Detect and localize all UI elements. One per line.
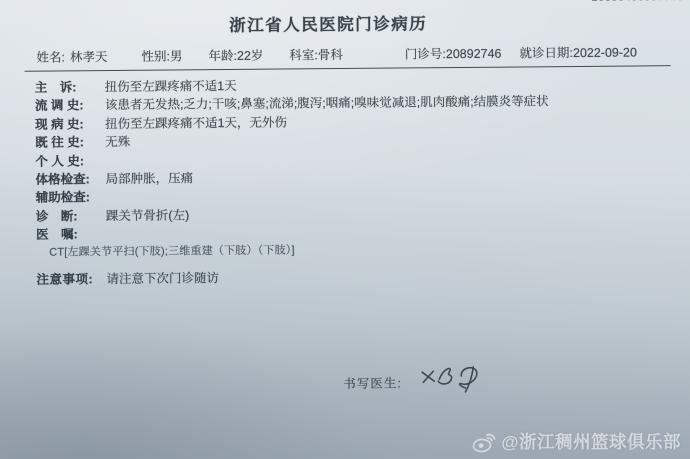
row-label: 既 往 史: xyxy=(35,133,105,152)
corner-timestamp: 16636468397765 xyxy=(591,0,684,4)
page-title: 浙江省人民医院门诊病历 xyxy=(0,8,688,38)
signature-scribble-icon xyxy=(418,359,496,400)
visit-date-field: 就诊日期: 2022-09-20 xyxy=(519,42,637,61)
doctor-signature xyxy=(418,359,496,403)
record-row-notes: 注意事项: 请注意下次门诊随访 xyxy=(36,265,690,289)
row-value: 局部肿胀，压痛 xyxy=(105,169,193,188)
row-value: 请注意下次门诊随访 xyxy=(106,269,219,288)
patient-age-label: 年龄: xyxy=(208,46,237,64)
record-rows: 主 诉: 扭伤至左踝疼痛不适1天 流 调 史: 该患者无发热;乏力;干咳;鼻塞;… xyxy=(35,73,690,289)
row-value: 扭伤至左踝疼痛不适1天，无外伤 xyxy=(105,113,287,133)
row-label: 个 人 史: xyxy=(35,152,105,171)
medical-record-sheet: 16636468397765 浙江省人民医院门诊病历 姓名: 林孝天 性别: 男… xyxy=(0,0,690,459)
document-photo: 16636468397765 浙江省人民医院门诊病历 姓名: 林孝天 性别: 男… xyxy=(0,0,690,459)
row-label: 现 病 史: xyxy=(35,115,105,134)
row-value: 该患者无发热;乏力;干咳;鼻塞;流涕;腹泻;咽痛;嗅味觉减退;肌肉酸痛;结膜炎等… xyxy=(105,93,549,115)
row-label: 辅助检查: xyxy=(36,189,106,208)
row-value: 扭伤至左踝疼痛不适1天 xyxy=(105,77,237,97)
row-label: 主 诉: xyxy=(35,78,105,97)
weibo-icon xyxy=(472,431,496,453)
header-divider xyxy=(25,65,671,72)
patient-name-field: 姓名: 林孝天 xyxy=(36,47,107,66)
visit-number-field: 门诊号: 20892746 xyxy=(405,44,502,63)
row-label: 体格检查: xyxy=(35,170,105,189)
row-label: 诊 断: xyxy=(36,207,106,226)
patient-gender-label: 性别: xyxy=(141,47,170,65)
patient-age-field: 年龄: 22岁 xyxy=(208,46,263,64)
watermark: @浙江稠州篮球俱乐部 xyxy=(472,429,681,454)
patient-department-value: 骨科 xyxy=(318,45,343,63)
visit-number-label: 门诊号: xyxy=(405,44,446,62)
watermark-text: @浙江稠州篮球俱乐部 xyxy=(501,429,681,454)
writing-doctor-label: 书写医生: xyxy=(343,360,402,393)
patient-name-value: 林孝天 xyxy=(70,47,108,65)
row-label: 医 嘱: xyxy=(36,225,106,244)
row-value: 无殊 xyxy=(105,133,130,152)
row-label: 流 调 史: xyxy=(35,96,105,115)
visit-date-value: 2022-09-20 xyxy=(573,45,637,60)
patient-name-label: 姓名: xyxy=(36,47,65,65)
row-value: 踝关节骨折(左) xyxy=(106,206,189,225)
doctor-signature-row: 书写医生: xyxy=(343,357,690,403)
visit-date-label: 就诊日期: xyxy=(519,43,573,61)
patient-info-row: 姓名: 林孝天 性别: 男 年龄: 22岁 科室: 骨科 门诊号: 208927… xyxy=(36,42,688,66)
row-label: 注意事项: xyxy=(36,270,106,289)
patient-gender-field: 性别: 男 xyxy=(141,46,182,64)
patient-department-field: 科室: 骨科 xyxy=(289,45,343,63)
patient-age-value: 22岁 xyxy=(237,46,264,64)
patient-department-label: 科室: xyxy=(289,45,318,63)
visit-number-value: 20892746 xyxy=(446,47,502,61)
patient-gender-value: 男 xyxy=(170,46,183,64)
